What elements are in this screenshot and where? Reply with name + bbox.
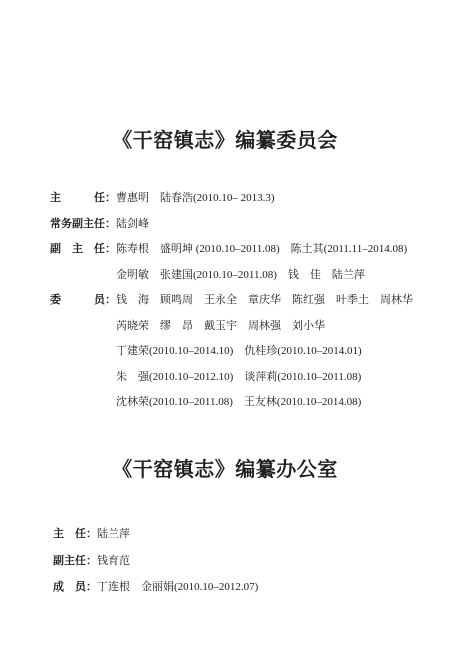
committee-row: 芮晓荣 缪 昂 戴玉宇 周林强 刘小华 xyxy=(50,314,413,340)
office-list: 主 任：陆兰萍 副主任：钱育范 成 员：丁连根 金丽娟(2010.10–2012… xyxy=(53,521,258,601)
committee-list: 主 任：曹惠明 陆春浩(2010.10– 2013.3) 常务副主任：陆剑峰 副… xyxy=(50,186,413,416)
member-names: 芮晓荣 缪 昂 戴玉宇 周林强 刘小华 xyxy=(116,320,325,332)
committee-row: 主 任：曹惠明 陆春浩(2010.10– 2013.3) xyxy=(50,186,413,212)
member-names: 陈寿根 盛明坤 (2010.10–2011.08) 陈土其(2011.11–20… xyxy=(116,243,407,255)
member-names: 钱 海 顾鸣周 王永全 章庆华 陈红强 叶季土 周林华 xyxy=(116,294,413,306)
member-names: 朱 强(2010.10–2012.10) 谈萍莉(2010.10–2011.08… xyxy=(116,371,361,383)
committee-row: 沈林荣(2010.10–2011.08) 王友林(2010.10–2014.08… xyxy=(50,390,413,416)
committee-row: 委 员：钱 海 顾鸣周 王永全 章庆华 陈红强 叶季土 周林华 xyxy=(50,288,413,314)
office-row: 主 任：陆兰萍 xyxy=(53,521,258,548)
document-page: 《干窑镇志》编纂委员会 主 任：曹惠明 陆春浩(2010.10– 2013.3)… xyxy=(0,0,450,657)
colon-separator: ： xyxy=(105,212,116,238)
member-names: 曹惠明 陆春浩(2010.10– 2013.3) xyxy=(116,192,275,204)
colon-separator: ： xyxy=(105,288,116,314)
colon-separator: ： xyxy=(86,521,97,548)
office-row: 成 员：丁连根 金丽娟(2010.10–2012.07) xyxy=(53,574,258,601)
member-names: 金明敏 张建国(2010.10–2011.08) 钱 佳 陆兰萍 xyxy=(116,269,365,281)
committee-row: 常务副主任：陆剑峰 xyxy=(50,212,413,238)
role-label: 主 任 xyxy=(50,186,105,212)
role-label: 成 员 xyxy=(53,574,86,601)
member-names: 陆兰萍 xyxy=(97,528,130,540)
committee-row: 朱 强(2010.10–2012.10) 谈萍莉(2010.10–2011.08… xyxy=(50,365,413,391)
committee-row: 金明敏 张建国(2010.10–2011.08) 钱 佳 陆兰萍 xyxy=(50,263,413,289)
member-names: 钱育范 xyxy=(97,555,130,567)
role-label: 副主任 xyxy=(53,548,86,575)
member-names: 陆剑峰 xyxy=(116,218,149,230)
office-row: 副主任：钱育范 xyxy=(53,548,258,575)
office-title: 《干窑镇志》编纂办公室 xyxy=(0,453,450,487)
colon-separator: ： xyxy=(86,548,97,575)
committee-row: 丁建荣(2010.10–2014.10) 仇桂珍(2010.10–2014.01… xyxy=(50,339,413,365)
member-names: 沈林荣(2010.10–2011.08) 王友林(2010.10–2014.08… xyxy=(116,396,361,408)
committee-row: 副 主 任：陈寿根 盛明坤 (2010.10–2011.08) 陈土其(2011… xyxy=(50,237,413,263)
role-label: 副 主 任 xyxy=(50,237,105,263)
member-names: 丁连根 金丽娟(2010.10–2012.07) xyxy=(97,581,258,593)
member-names: 丁建荣(2010.10–2014.10) 仇桂珍(2010.10–2014.01… xyxy=(116,345,362,357)
colon-separator: ： xyxy=(86,574,97,601)
role-label: 常务副主任 xyxy=(50,212,105,238)
role-label: 委 员 xyxy=(50,288,105,314)
colon-separator: ： xyxy=(105,186,116,212)
committee-title: 《干窑镇志》编纂委员会 xyxy=(0,124,450,158)
role-label: 主 任 xyxy=(53,521,86,548)
colon-separator: ： xyxy=(105,237,116,263)
